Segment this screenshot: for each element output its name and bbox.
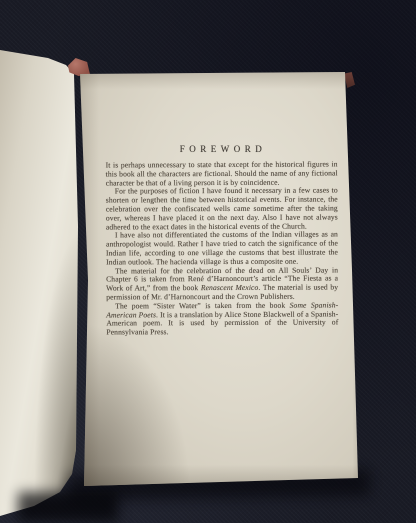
page-heading: FOREWORD (106, 144, 340, 154)
paragraph: I have also not differentiated the custo… (106, 231, 338, 267)
foreword-page: FOREWORD It is perhaps unnecessary to st… (76, 68, 364, 490)
paragraph: The material for the celebration of the … (106, 266, 338, 302)
paragraph: The poem “Sister Water” is taken from th… (106, 301, 338, 337)
paragraph: For the purposes of fiction I have found… (106, 187, 338, 232)
body-text: It is perhaps unnecessary to state that … (106, 159, 338, 187)
foreword-paragraphs: It is perhaps unnecessary to state that … (106, 160, 339, 337)
paragraph: It is perhaps unnecessary to state that … (106, 160, 338, 187)
body-text: I have also not differentiated the custo… (106, 230, 338, 266)
left-page-stack (0, 46, 84, 518)
page-curl-shadow (18, 492, 118, 522)
red-cover-edge (344, 72, 355, 88)
photo-background: FOREWORD It is perhaps unnecessary to st… (0, 0, 416, 523)
body-text: For the purposes of fiction I have found… (106, 186, 338, 231)
